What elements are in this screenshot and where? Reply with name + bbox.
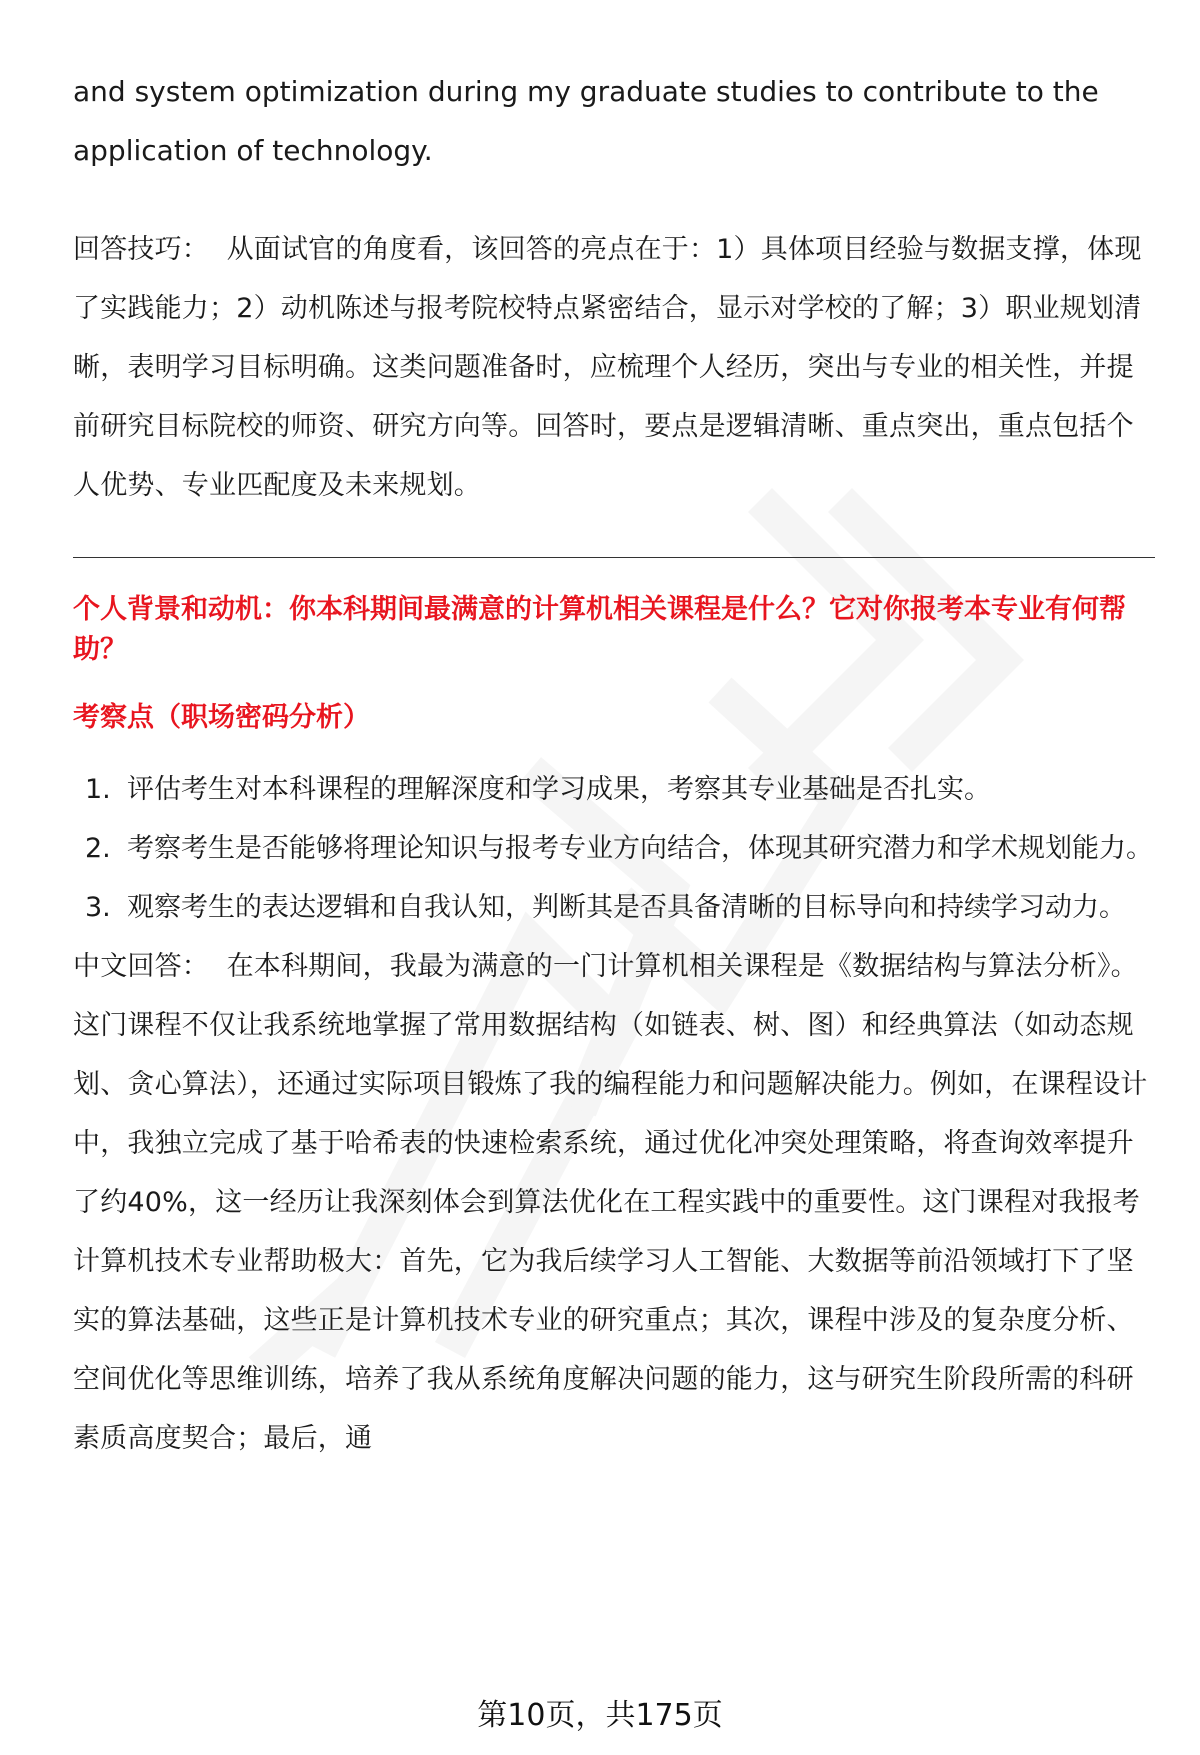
- assessment-point: 2.考察考生是否能够将理论知识与报考专业方向结合，体现其研究潜力和学术规划能力。: [73, 819, 1155, 878]
- tips-label: 回答技巧：: [73, 234, 209, 265]
- tips-text: 从面试官的角度看，该回答的亮点在于：1）具体项目经验与数据支撑，体现了实践能力；…: [73, 234, 1142, 501]
- assessment-point: 3.观察考生的表达逻辑和自我认知，判断其是否具备清晰的目标导向和持续学习动力。: [73, 878, 1155, 937]
- section-divider: [73, 557, 1155, 558]
- answer-tips-paragraph: 回答技巧： 从面试官的角度看，该回答的亮点在于：1）具体项目经验与数据支撑，体现…: [73, 220, 1155, 515]
- answer-text: 在本科期间，我最为满意的一门计算机相关课程是《数据结构与算法分析》。这门课程不仅…: [73, 951, 1148, 1454]
- assessment-point: 1.评估考生对本科课程的理解深度和学习成果，考察其专业基础是否扎实。: [73, 760, 1155, 819]
- assessment-points-list: 1.评估考生对本科课程的理解深度和学习成果，考察其专业基础是否扎实。 2.考察考…: [73, 760, 1155, 937]
- continuation-paragraph: and system optimization during my gradua…: [73, 62, 1155, 180]
- page-number-footer: 第10页，共175页: [0, 1690, 1200, 1734]
- answer-label: 中文回答：: [73, 951, 209, 982]
- assessment-heading: 考察点（职场密码分析）: [73, 698, 1155, 738]
- chinese-answer-paragraph: 中文回答： 在本科期间，我最为满意的一门计算机相关课程是《数据结构与算法分析》。…: [73, 937, 1155, 1468]
- question-title: 个人背景和动机：你本科期间最满意的计算机相关课程是什么？它对你报考本专业有何帮助…: [73, 590, 1155, 670]
- document-page: and system optimization during my gradua…: [73, 62, 1155, 1468]
